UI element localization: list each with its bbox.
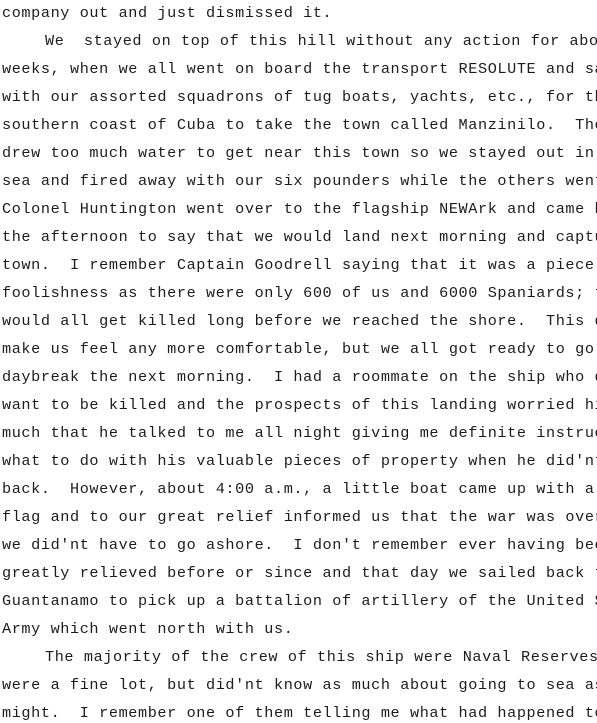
text-line: were a fine lot, but did'nt know as much… (2, 676, 597, 694)
text-line: sea and fired away with our six pounders… (2, 172, 597, 190)
text-line: town. I remember Captain Goodrell saying… (2, 256, 597, 274)
text-line: southern coast of Cuba to take the town … (2, 116, 597, 134)
text-line: what to do with his valuable pieces of p… (2, 452, 597, 470)
text-line: we did'nt have to go ashore. I don't rem… (2, 536, 597, 554)
text-line: foolishness as there were only 600 of us… (2, 284, 597, 302)
document-page: company out and just dismissed it. We st… (0, 0, 597, 723)
text-line: daybreak the next morning. I had a roomm… (2, 368, 597, 386)
text-line: want to be killed and the prospects of t… (2, 396, 597, 414)
text-line: back. However, about 4:00 a.m., a little… (2, 480, 597, 498)
text-line: much that he talked to me all night givi… (2, 424, 597, 442)
text-line: might. I remember one of them telling me… (2, 704, 597, 722)
text-line: greatly relieved before or since and tha… (2, 564, 597, 582)
text-line: would all get killed long before we reac… (2, 312, 597, 330)
text-line: make us feel any more comfortable, but w… (2, 340, 597, 358)
text-line: drew too much water to get near this tow… (2, 144, 597, 162)
text-line: flag and to our great relief informed us… (2, 508, 597, 526)
paragraph-start-line: The majority of the crew of this ship we… (45, 648, 597, 666)
text-line: with our assorted squadrons of tug boats… (2, 88, 597, 106)
text-line: Army which went north with us. (2, 620, 293, 638)
text-line: the afternoon to say that we would land … (2, 228, 597, 246)
paragraph-start-line: We stayed on top of this hill without an… (45, 32, 597, 50)
text-line: weeks, when we all went on board the tra… (2, 60, 597, 78)
text-line: Guantanamo to pick up a battalion of art… (2, 592, 597, 610)
text-line: Colonel Huntington went over to the flag… (2, 200, 597, 218)
text-line: company out and just dismissed it. (2, 4, 332, 22)
